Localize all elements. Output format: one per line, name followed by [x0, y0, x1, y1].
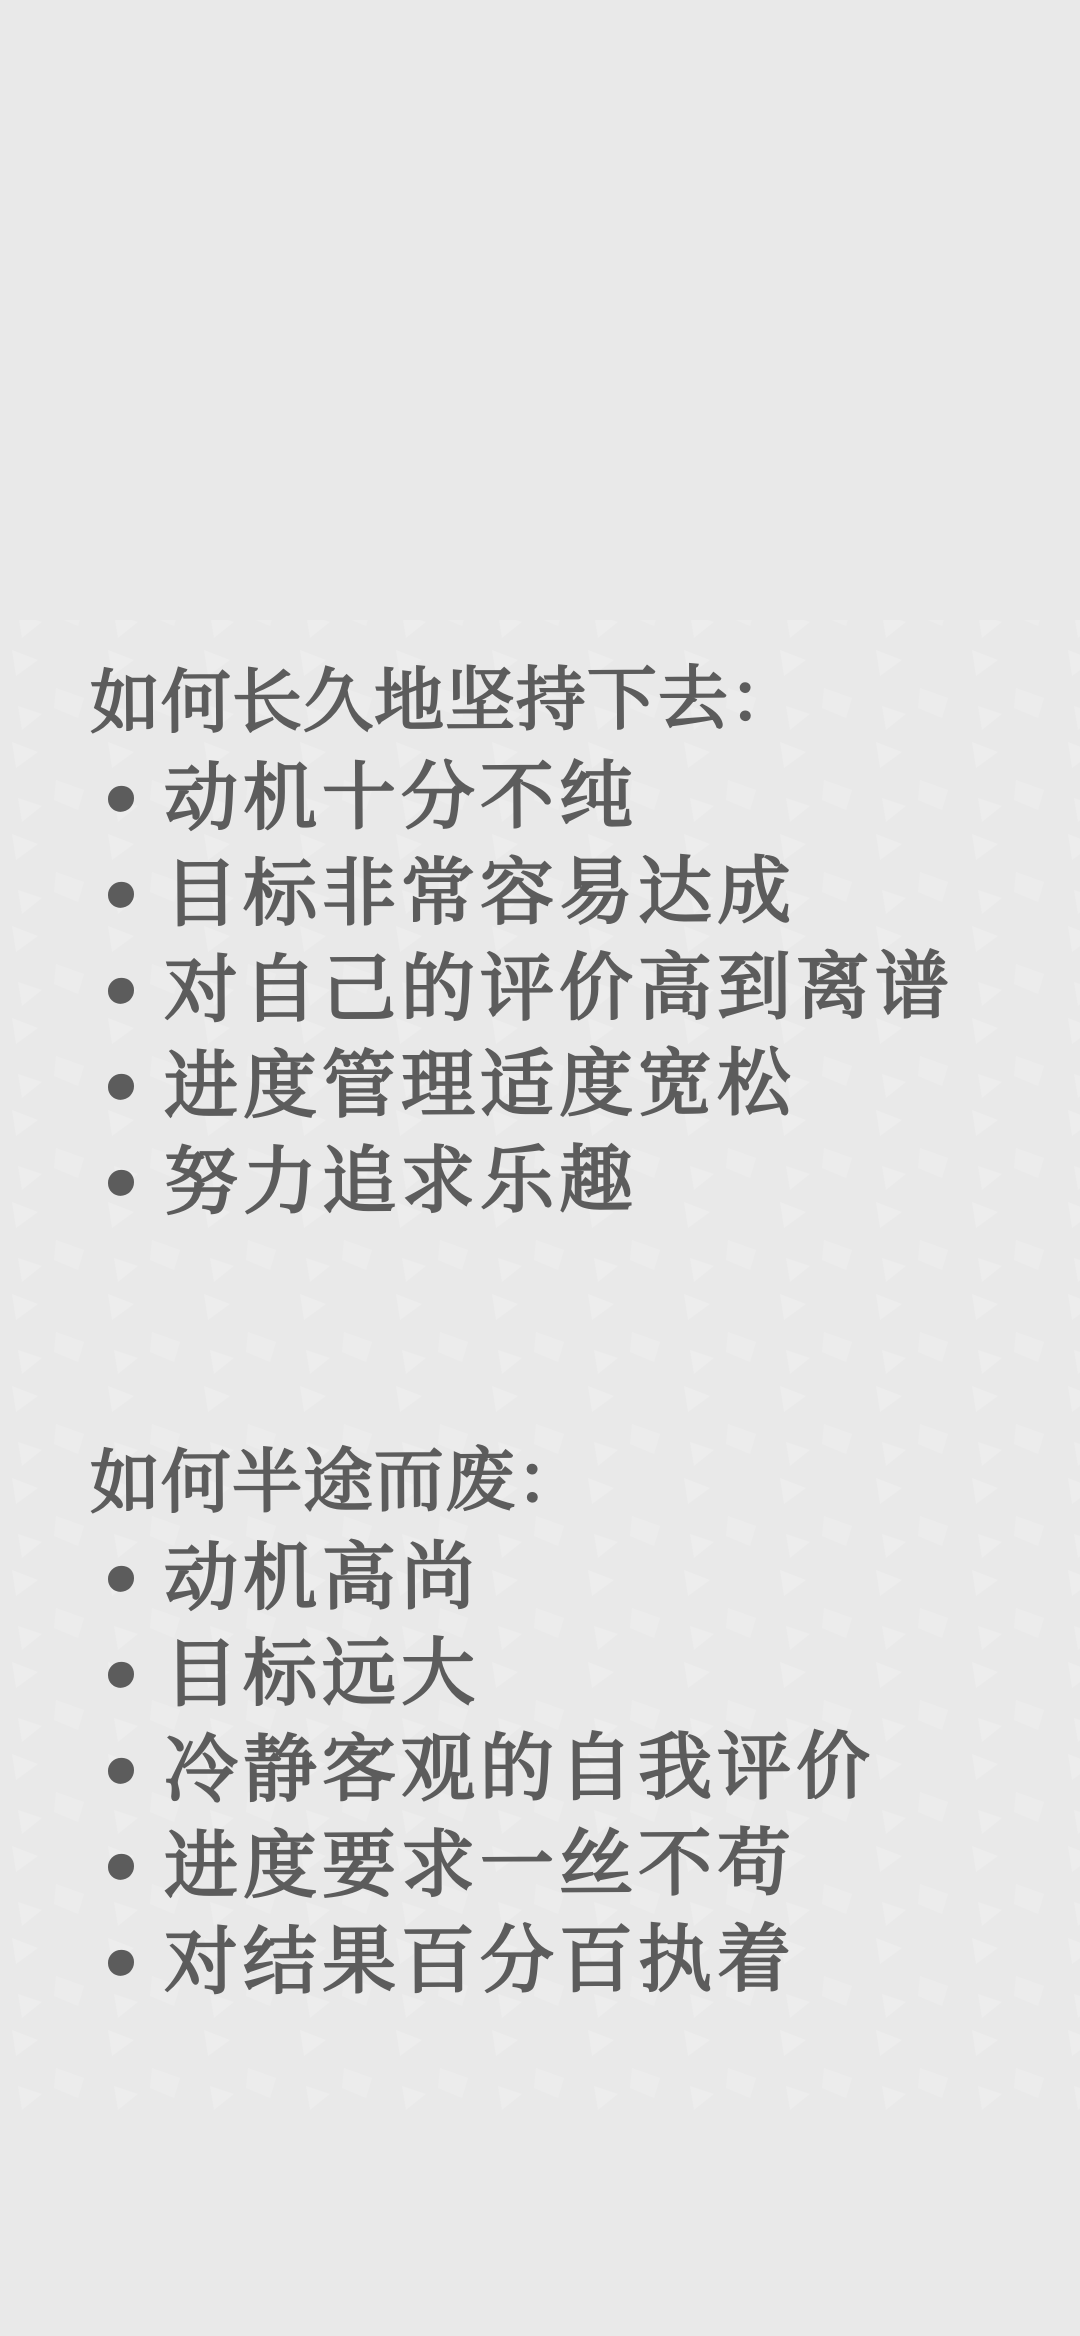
bullet-dot-icon: [108, 1854, 134, 1880]
list-item-text: 动机高尚: [164, 1529, 480, 1627]
bullet-dot-icon: [108, 1758, 134, 1784]
quote-content: 如何长久地坚持下去： 动机十分不纯 目标非常容易达成 对自己的评价高到离谱 进度…: [90, 655, 1040, 2011]
list-item-text: 进度管理适度宽松: [164, 1035, 796, 1134]
bullet-dot-icon: [108, 1170, 134, 1196]
list-item: 动机十分不纯: [90, 746, 1040, 847]
list-item: 对自己的评价高到离谱: [90, 938, 1040, 1039]
bullet-dot-icon: [108, 1566, 134, 1592]
list-item: 对结果百分百执着: [90, 1910, 1040, 2011]
bullet-dot-icon: [108, 1950, 134, 1976]
list-item: 目标非常容易达成: [90, 842, 1040, 943]
section-persist: 如何长久地坚持下去： 动机十分不纯 目标非常容易达成 对自己的评价高到离谱 进度…: [90, 655, 1040, 1231]
list-item: 努力追求乐趣: [90, 1130, 1040, 1231]
list-item-text: 进度要求一丝不苟: [164, 1815, 796, 1914]
section-persist-list: 动机十分不纯 目标非常容易达成 对自己的评价高到离谱 进度管理适度宽松 努力追求…: [90, 751, 1040, 1231]
bullet-dot-icon: [108, 978, 134, 1004]
list-item: 动机高尚: [90, 1526, 1040, 1627]
list-item: 冷静客观的自我评价: [90, 1718, 1040, 1819]
list-item-text: 目标远大: [164, 1625, 480, 1723]
bullet-dot-icon: [108, 882, 134, 908]
list-item-text: 努力追求乐趣: [164, 1132, 638, 1230]
list-item-text: 动机十分不纯: [164, 748, 638, 846]
section-give-up-heading: 如何半途而废：: [90, 1428, 1041, 1531]
list-item: 目标远大: [90, 1622, 1040, 1723]
list-item: 进度管理适度宽松: [90, 1034, 1040, 1135]
list-item-text: 对结果百分百执着: [164, 1911, 796, 2010]
quote-image-page: 如何长久地坚持下去： 动机十分不纯 目标非常容易达成 对自己的评价高到离谱 进度…: [0, 0, 1080, 2336]
list-item-text: 目标非常容易达成: [164, 843, 796, 942]
list-item-text: 对自己的评价高到离谱: [164, 938, 954, 1038]
section-give-up: 如何半途而废： 动机高尚 目标远大 冷静客观的自我评价 进度要求一丝不苟: [90, 1435, 1040, 2011]
section-give-up-list: 动机高尚 目标远大 冷静客观的自我评价 进度要求一丝不苟 对结果百分百执着: [90, 1531, 1040, 2011]
list-item: 进度要求一丝不苟: [90, 1814, 1040, 1915]
bullet-dot-icon: [108, 1074, 134, 1100]
bullet-dot-icon: [108, 786, 134, 812]
list-item-text: 冷静客观的自我评价: [164, 1719, 875, 1819]
bullet-dot-icon: [108, 1662, 134, 1688]
section-persist-heading: 如何长久地坚持下去：: [90, 648, 1041, 751]
